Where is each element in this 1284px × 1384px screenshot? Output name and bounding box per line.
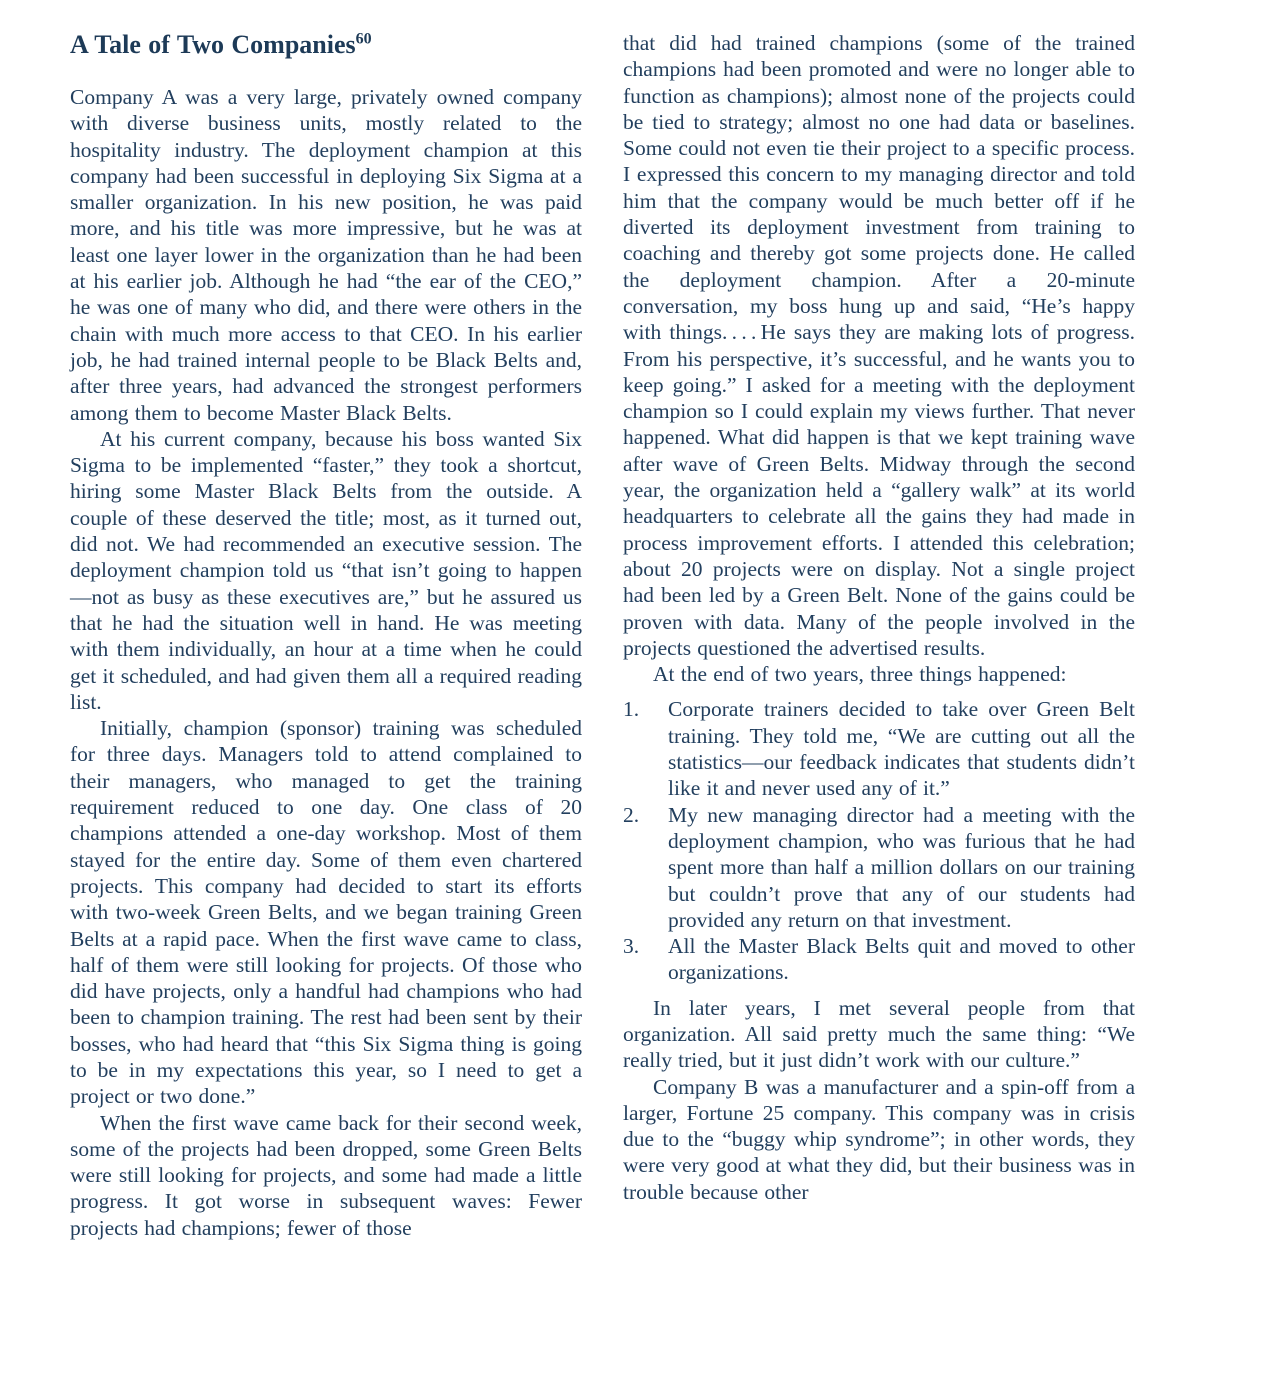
body-paragraph: Company A was a very large, privately ow… (70, 84, 582, 426)
list-item: 1. Corporate trainers decided to take ov… (623, 696, 1135, 801)
right-column: that did had trained champions (some of … (623, 30, 1135, 1205)
book-page: A Tale of Two Companies60 Company A was … (0, 0, 1284, 1384)
page-title: A Tale of Two Companies60 (70, 30, 582, 60)
list-item-text: My new managing director had a meeting w… (668, 802, 1135, 933)
body-paragraph: When the first wave came back for their … (70, 1110, 582, 1241)
body-paragraph: Company B was a manufacturer and a spin-… (623, 1074, 1135, 1205)
left-column: A Tale of Two Companies60 Company A was … (70, 30, 582, 1241)
body-paragraph: Initially, champion (sponsor) training w… (70, 715, 582, 1109)
body-paragraph: At his current company, because his boss… (70, 426, 582, 715)
list-item: 2. My new managing director had a meetin… (623, 802, 1135, 933)
list-item-marker: 1. (623, 696, 668, 722)
ordered-list: 1. Corporate trainers decided to take ov… (623, 696, 1135, 985)
footnote-marker: 60 (356, 30, 372, 47)
list-item-text: Corporate trainers decided to take over … (668, 696, 1135, 801)
body-paragraph: In later years, I met several people fro… (623, 995, 1135, 1074)
section-title-text: A Tale of Two Companies (70, 30, 356, 59)
body-paragraph: At the end of two years, three things ha… (623, 661, 1135, 687)
body-paragraph: that did had trained champions (some of … (623, 30, 1135, 661)
list-item-marker: 3. (623, 933, 668, 959)
list-item: 3. All the Master Black Belts quit and m… (623, 933, 1135, 986)
list-item-text: All the Master Black Belts quit and move… (668, 933, 1135, 986)
list-item-marker: 2. (623, 802, 668, 828)
